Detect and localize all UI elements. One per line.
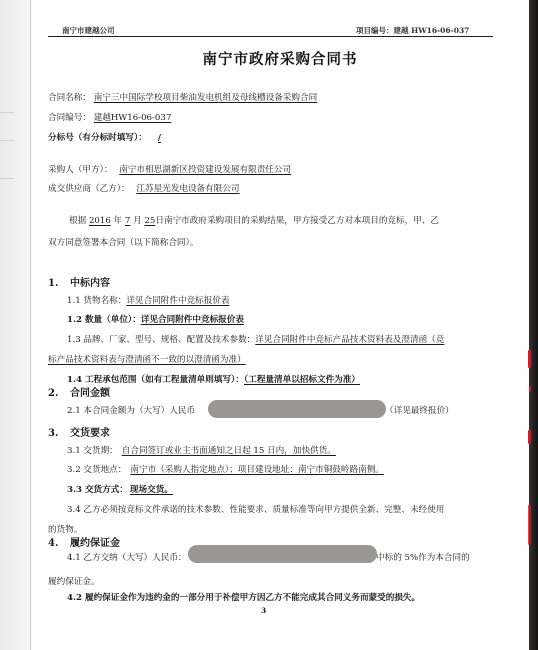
section-1-heading: 1.中标内容 xyxy=(48,274,110,289)
header-company: 南宁市建越公司 xyxy=(62,25,115,36)
scanner-left-margin xyxy=(0,0,31,650)
intro-day: 25 xyxy=(144,216,155,226)
margin-tick xyxy=(0,178,14,179)
item-3-3: 3.3 交货方式：现场交货。 xyxy=(67,483,173,495)
contract-name-label: 合同名称： xyxy=(48,93,91,103)
item-3-2: 3.2 交货地点：南宁市（采购人指定地点）；项目建设地址：南宁市铜鼓岭路南侧。 xyxy=(67,463,384,475)
intro-month-unit: 月 xyxy=(133,216,142,226)
section-4-heading: 4.履约保证金 xyxy=(48,534,120,549)
item-1-1: 1.1 货物名称：详见合同附件中竞标报价表 xyxy=(67,294,230,306)
intro-rest: 日南宁市政府采购项目的采购结果，甲方接受乙方对本项目的竞标，甲、乙 xyxy=(155,216,439,226)
seal-stamp-fragment xyxy=(528,430,531,444)
project-no-value: 建越 HW16-06-037 xyxy=(394,26,470,35)
header-rule xyxy=(48,36,493,37)
item-1-3-continued: 标产品技术资料表与澄清函不一致的以澄清函为准） xyxy=(48,353,246,365)
item-3-2-value: 南宁市（采购人指定地点）；项目建设地址：南宁市铜鼓岭路南侧。 xyxy=(126,465,384,475)
margin-tick xyxy=(0,140,14,141)
project-no-label: 项目编号： xyxy=(356,26,394,35)
seal-stamp-fragment xyxy=(529,386,531,392)
document-page: 南宁市建越公司 项目编号：建越 HW16-06-037 南宁市政府采购合同书 合… xyxy=(31,0,529,650)
buyer-label: 采购人（甲方）： xyxy=(48,165,112,175)
lot-no-field: 分标号（有分标时填写）： / xyxy=(48,131,169,143)
intro-year-unit: 年 xyxy=(114,216,123,226)
item-3-1-label: 3.1 交货期： xyxy=(67,446,118,456)
lot-no-value: / xyxy=(150,133,169,143)
item-1-4-value: （工程量清单以招标文件为准） xyxy=(244,375,360,385)
margin-tick xyxy=(0,112,14,113)
scanner-right-edge xyxy=(529,0,538,650)
supplier-label: 成交供应商（乙方）： xyxy=(48,184,130,194)
contract-name-field: 合同名称： 南宁三中国际学校项目柴油发电机组及母线槽设备采购合同 xyxy=(48,91,317,103)
buyer-value: 南宁市相思湖新区投资建设发展有限责任公司 xyxy=(115,165,291,175)
contract-no-field: 合同编号： 建越HW16-06-037 xyxy=(48,111,171,123)
item-4-2: 4.2 履约保证金作为违约金的一部分用于补偿甲方因乙方不能完成其合同义务而蒙受的… xyxy=(67,591,420,603)
section-4-title: 履约保证金 xyxy=(70,538,120,549)
seal-stamp-fragment xyxy=(528,350,531,368)
section-3-title: 交货要求 xyxy=(70,428,110,439)
intro-month: 7 xyxy=(125,216,130,226)
buyer-field: 采购人（甲方）： 南宁市相思湖新区投资建设发展有限责任公司 xyxy=(48,163,291,175)
item-3-2-label: 3.2 交货地点： xyxy=(67,465,126,475)
intro-line-1: 根据 2016 年 7 月 25日南宁市政府采购项目的采购结果，甲方接受乙方对本… xyxy=(69,214,439,226)
item-4-1: 4.1 乙方交纳（大写）人民币： xyxy=(67,551,187,563)
item-1-3-label: 1.3 品牌、厂家、型号、规格、配置及技术参数： xyxy=(67,335,255,345)
contract-no-label: 合同编号： xyxy=(48,113,91,123)
section-4-number: 4. xyxy=(48,538,70,549)
item-4-1-continued: 履约保证金。 xyxy=(48,575,100,587)
section-3-number: 3. xyxy=(48,428,70,439)
redacted-contract-amount xyxy=(208,400,386,418)
contract-no-value: 建越HW16-06-037 xyxy=(94,113,172,123)
item-1-2-label: 1.2 数量（单位）： xyxy=(67,315,141,325)
item-1-2-value: 详见合同附件中竞标报价表 xyxy=(141,315,244,325)
intro-prefix: 根据 xyxy=(69,216,86,226)
item-1-2: 1.2 数量（单位）：详见合同附件中竞标报价表 xyxy=(67,313,244,325)
section-1-number: 1. xyxy=(48,278,70,289)
section-2-title: 合同金额 xyxy=(70,388,110,399)
item-3-3-label: 3.3 交货方式： xyxy=(67,485,128,495)
item-3-1-value: 自合同签订或业主书面通知之日起 15 日内，加快供货。 xyxy=(118,446,336,456)
item-2-1-suffix: （详见最终报价） xyxy=(385,404,454,416)
item-4-1-label: 4.1 乙方交纳（大写）人民币： xyxy=(67,553,187,563)
item-4-1-suffix: 中标的 5%作为本合同的 xyxy=(376,551,470,563)
section-2-heading: 2.合同金额 xyxy=(48,384,110,399)
item-3-3-value: 现场交货。 xyxy=(128,485,173,495)
section-3-heading: 3.交货要求 xyxy=(48,424,110,439)
item-2-1: 2.1 本合同金额为（大写）人民币 xyxy=(67,404,195,416)
lot-no-label: 分标号（有分标时填写）： xyxy=(48,133,147,143)
item-1-3: 1.3 品牌、厂家、型号、规格、配置及技术参数：详见合同附件中竞标产品技术资料表… xyxy=(67,333,444,345)
redacted-deposit-amount xyxy=(188,545,377,563)
item-1-3-value: 详见合同附件中竞标产品技术资料表及澄清函（竞 xyxy=(255,335,444,345)
contract-name-value: 南宁三中国际学校项目柴油发电机组及母线槽设备采购合同 xyxy=(94,93,317,103)
supplier-value: 江苏星光发电设备有限公司 xyxy=(132,184,239,194)
item-1-1-label: 1.1 货物名称： xyxy=(67,296,126,306)
seal-stamp-fragment xyxy=(528,505,531,545)
page-number: 3 xyxy=(261,606,266,615)
intro-line-2: 双方同意签署本合同（以下简称合同）。 xyxy=(48,236,198,248)
item-3-1: 3.1 交货期：自合同签订或业主书面通知之日起 15 日内，加快供货。 xyxy=(67,444,336,456)
item-2-1-label: 2.1 本合同金额为（大写）人民币 xyxy=(67,406,195,416)
document-title: 南宁市政府采购合同书 xyxy=(31,48,529,69)
section-1-title: 中标内容 xyxy=(70,278,110,289)
item-1-4: 1.4 工程承包范围（如有工程量清单则填写）：（工程量清单以招标文件为准） xyxy=(67,373,360,385)
item-1-1-value: 详见合同附件中竞标报价表 xyxy=(126,296,229,306)
header-project-number: 项目编号：建越 HW16-06-037 xyxy=(356,25,469,36)
supplier-field: 成交供应商（乙方）： 江苏星光发电设备有限公司 xyxy=(48,182,240,194)
section-2-number: 2. xyxy=(48,388,70,399)
intro-year: 2016 xyxy=(89,216,111,226)
item-3-4: 3.4 乙方必须按竞标文件承诺的技术参数、性能要求、质量标准等向甲方提供全新、完… xyxy=(67,503,444,515)
